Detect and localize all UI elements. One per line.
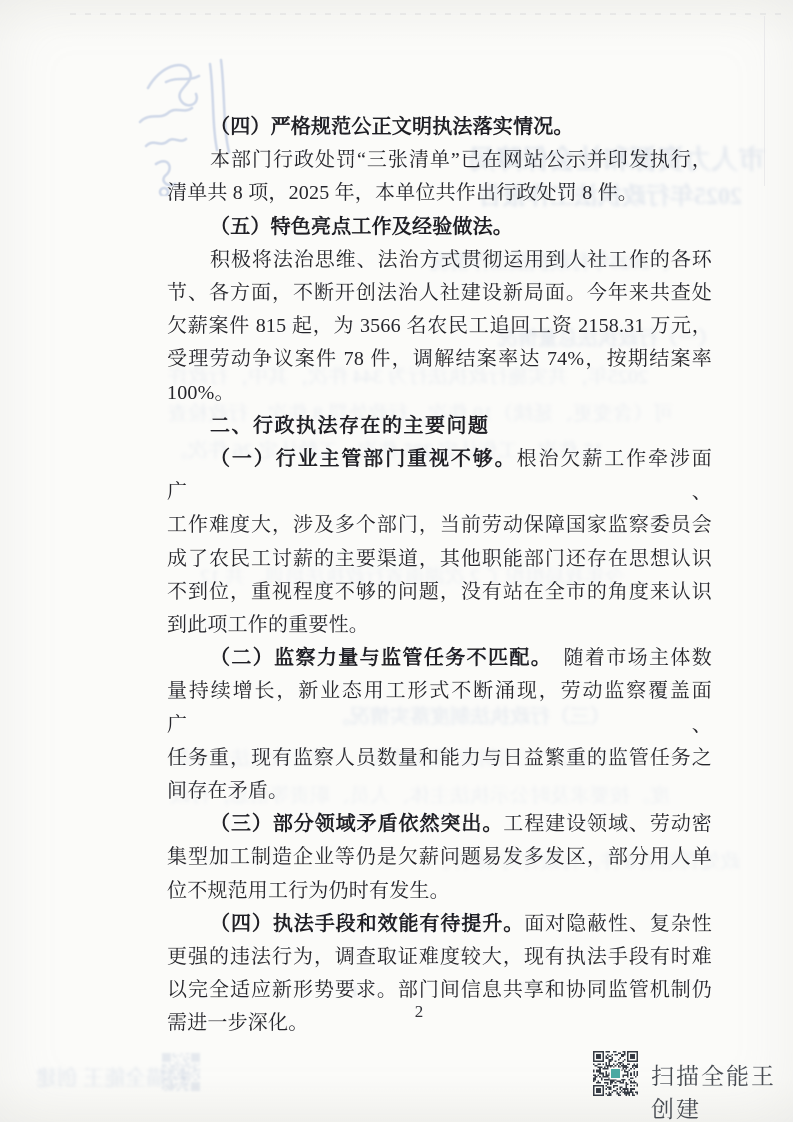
text-segment: 面对隐蔽性、复杂性: [524, 913, 712, 935]
text-line: 清单共 8 项，2025 年，本单位共作出行政处罚 8 件。: [167, 177, 712, 210]
text-segment: 本部门行政处罚“三张清单”已在网站公示并印发执行，: [210, 149, 712, 171]
text-line: （一）行业主管部门重视不够。根治欠薪工作牵涉面广、: [167, 443, 712, 509]
text-line: 位不规范用工行为仍时有发生。: [167, 875, 712, 908]
text-line: 节、各方面，不断开创法治人社建设新局面。今年来共查处: [167, 277, 712, 310]
text-line: 需进一步深化。: [167, 1007, 712, 1040]
text-line: 量持续增长，新业态用工形式不断涌现，劳动监察覆盖面广、: [167, 675, 712, 741]
text-line: 任务重，现有监察人员数量和能力与日益繁重的监管任务之: [167, 742, 712, 775]
text-segment: （五）特色亮点工作及经验做法。: [210, 216, 513, 238]
text-segment: 需进一步深化。: [167, 1012, 308, 1034]
camscanner-qr-code-icon: [593, 1051, 638, 1096]
text-segment: 以完全适应新形势要求。部门间信息共享和协同监管机制仍: [167, 979, 712, 1001]
page-number: 2: [404, 1002, 434, 1022]
text-line: 工作难度大，涉及多个部门，当前劳动保障国家监察委员会: [167, 509, 712, 542]
text-segment: 随着市场主体数: [542, 647, 712, 669]
text-segment: （二）监察力量与监管任务不匹配。: [210, 647, 542, 669]
text-line: 积极将法治思维、法治方式贯彻运用到人社工作的各环: [167, 244, 712, 277]
text-line: （四）严格规范公正文明执法落实情况。: [167, 111, 712, 144]
text-line: （三）部分领域矛盾依然突出。工程建设领域、劳动密: [167, 808, 712, 841]
text-line: 更强的违法行为，调查取证难度较大，现有执法手段有时难: [167, 941, 712, 974]
text-line: （四）执法手段和效能有待提升。面对隐蔽性、复杂性: [167, 908, 712, 941]
text-line: 成了农民工讨薪的主要渠道，其他职能部门还存在思想认识: [167, 543, 712, 576]
scanned-document-page: 市人力资源和社会保障局2025年行政执法工作报告一、2025年行政执法工作情况（…: [0, 0, 793, 1122]
text-line: 本部门行政处罚“三张清单”已在网站公示并印发执行，: [167, 144, 712, 177]
scan-artifact-line: [70, 13, 789, 15]
text-segment: 量持续增长，新业态用工形式不断涌现，劳动监察覆盖面广、: [167, 680, 712, 735]
text-segment: 间存在矛盾。: [167, 780, 288, 802]
text-segment: （四）严格规范公正文明执法落实情况。: [210, 116, 574, 138]
text-segment: 到此项工作的重要性。: [167, 614, 369, 636]
text-segment: 受理劳动争议案件 78 件，调解结案率达 74%，按期结案率: [167, 348, 712, 370]
text-line: 到此项工作的重要性。: [167, 609, 712, 642]
scanner-app-label: 扫描全能王 创建: [651, 1058, 793, 1122]
text-segment: 积极将法治思维、法治方式贯彻运用到人社工作的各环: [210, 249, 712, 271]
text-segment: 清单共 8 项，2025 年，本单位共作出行政处罚 8 件。: [167, 182, 638, 204]
text-line: 欠薪案件 815 起，为 3566 名农民工追回工资 2158.31 万元，: [167, 310, 712, 343]
text-line: （二）监察力量与监管任务不匹配。 随着市场主体数: [167, 642, 712, 675]
text-line: 集型加工制造企业等仍是欠薪问题易发多发区，部分用人单: [167, 841, 712, 874]
text-segment: 成了农民工讨薪的主要渠道，其他职能部门还存在思想认识: [167, 548, 712, 570]
text-line: 间存在矛盾。: [167, 775, 712, 808]
text-line: （五）特色亮点工作及经验做法。: [167, 211, 712, 244]
text-segment: （三）部分领域矛盾依然突出。: [210, 813, 503, 835]
ghost-qr-code: [162, 1053, 200, 1091]
ghost-page-number: 1: [351, 985, 358, 1001]
text-segment: 节、各方面，不断开创法治人社建设新局面。今年来共查处: [167, 282, 712, 304]
text-segment: 任务重，现有监察人员数量和能力与日益繁重的监管任务之: [167, 747, 712, 769]
text-segment: 欠薪案件 815 起，为 3566 名农民工追回工资 2158.31 万元，: [167, 315, 712, 337]
text-line: 受理劳动争议案件 78 件，调解结案率达 74%，按期结案率: [167, 343, 712, 376]
text-segment: 更强的违法行为，调查取证难度较大，现有执法手段有时难: [167, 946, 712, 968]
text-line: 二、行政执法存在的主要问题: [167, 410, 712, 443]
text-segment: 二、行政执法存在的主要问题: [210, 415, 490, 437]
text-segment: 100%。: [167, 382, 235, 404]
text-segment: 工作难度大，涉及多个部门，当前劳动保障国家监察委员会: [167, 514, 712, 536]
text-line: 100%。: [167, 377, 712, 410]
text-line: 以完全适应新形势要求。部门间信息共享和协同监管机制仍: [167, 974, 712, 1007]
text-line: 不到位，重视程度不够的问题，没有站在全市的角度来认识: [167, 576, 712, 609]
text-segment: （一）行业主管部门重视不够。: [210, 448, 517, 470]
paper-crease: [764, 16, 765, 186]
text-segment: 不到位，重视程度不够的问题，没有站在全市的角度来认识: [167, 581, 712, 603]
text-segment: 工程建设领域、劳动密: [503, 813, 712, 835]
text-segment: 集型加工制造企业等仍是欠薪问题易发多发区，部分用人单: [167, 846, 712, 868]
text-segment: （四）执法手段和效能有待提升。: [210, 913, 524, 935]
document-body: （四）严格规范公正文明执法落实情况。本部门行政处罚“三张清单”已在网站公示并印发…: [167, 111, 712, 1041]
text-segment: 位不规范用工行为仍时有发生。: [167, 880, 450, 902]
